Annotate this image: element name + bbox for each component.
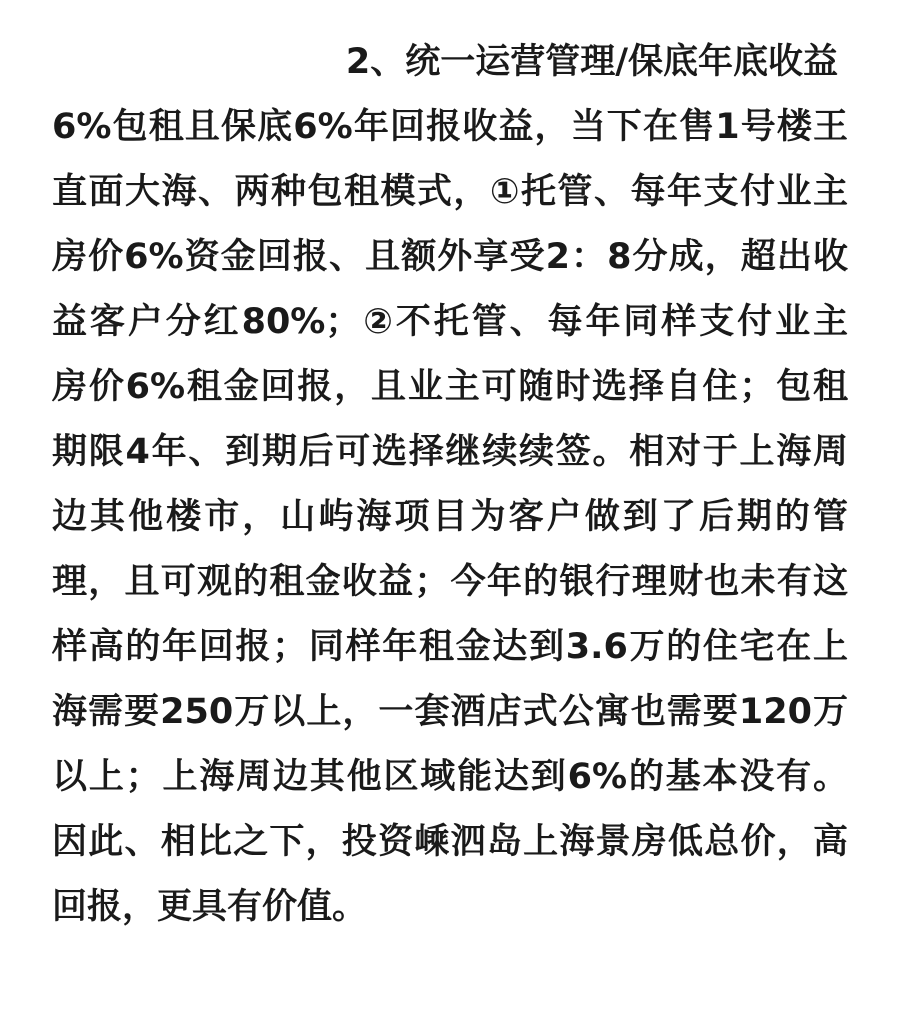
- paragraph-line-last: 回报，更具有价值。: [52, 875, 848, 940]
- document-body: 2、统一运营管理/保底年底收益 6%包租且保底6%年回报收益，当下在售1号楼王 …: [52, 30, 848, 940]
- paragraph-line: 以上；上海周边其他区域能达到6%的基本没有。: [52, 745, 848, 810]
- paragraph-line: 房价6%租金回报，且业主可随时选择自住；包租: [52, 355, 848, 420]
- paragraph-line: 样高的年回报；同样年租金达到3.6万的住宅在上: [52, 615, 848, 680]
- paragraph-line: 海需要250万以上，一套酒店式公寓也需要120万: [52, 680, 848, 745]
- paragraph-line: 理，且可观的租金收益；今年的银行理财也未有这: [52, 550, 848, 615]
- paragraph-line: 益客户分红80%；②不托管、每年同样支付业主: [52, 290, 848, 355]
- paragraph-line: 因此、相比之下，投资嵊泗岛上海景房低总价，高: [52, 810, 848, 875]
- paragraph-line: 期限4年、到期后可选择继续续签。相对于上海周: [52, 420, 848, 485]
- section-heading: 2、统一运营管理/保底年底收益: [52, 30, 848, 95]
- paragraph-line: 边其他楼市，山屿海项目为客户做到了后期的管: [52, 485, 848, 550]
- paragraph-line: 直面大海、两种包租模式，①托管、每年支付业主: [52, 160, 848, 225]
- paragraph-line: 6%包租且保底6%年回报收益，当下在售1号楼王: [52, 95, 848, 160]
- paragraph-line: 房价6%资金回报、且额外享受2：8分成，超出收: [52, 225, 848, 290]
